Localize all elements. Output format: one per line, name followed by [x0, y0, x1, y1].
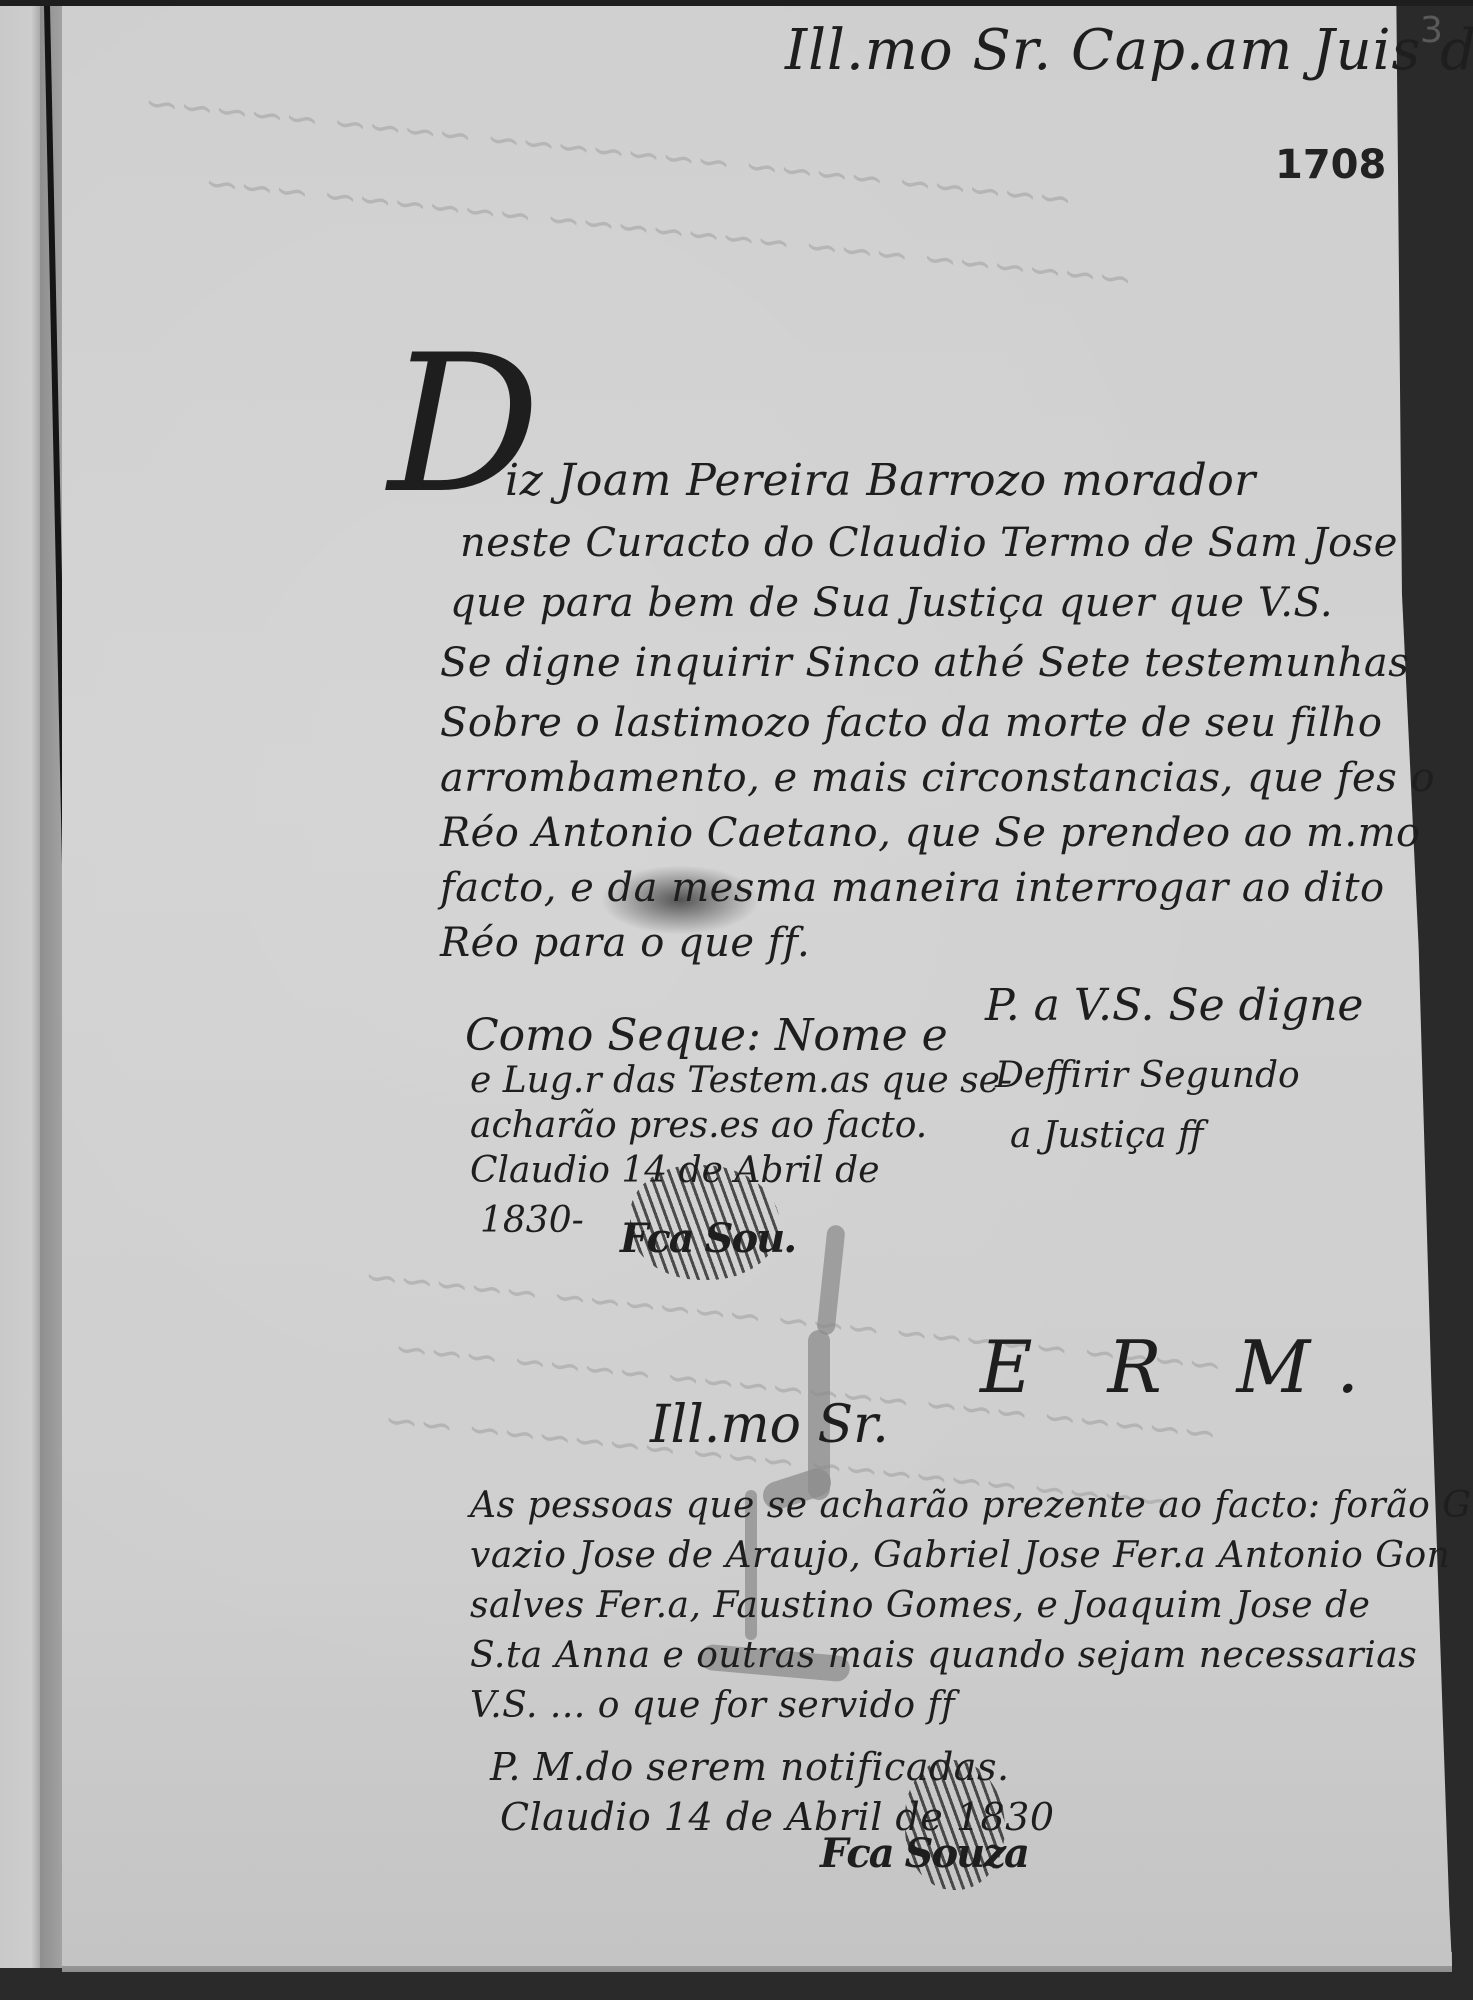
document-heading: Ill.mo Sr. Cap.am Juis de Paz: [785, 18, 1473, 83]
response-line: salves Fer.a, Faustino Gomes, e Joaquim …: [470, 1585, 1370, 1626]
manuscript-scan: ~~~~~ ~~~~ ~~~~~~~ ~~~~ ~~~~~ ~~~~~~ ~~~…: [0, 0, 1473, 2000]
petition-line: Se digne inquirir Sinco athé Sete testem…: [440, 640, 1409, 686]
petition-line: arrombamento, e mais circonstancias, que…: [440, 755, 1435, 801]
request-line: P. a V.S. Se digne: [985, 980, 1363, 1031]
signature-flourish: [905, 1760, 1005, 1890]
response-line: V.S. ... o que for servido ff: [470, 1685, 955, 1726]
petition-line: facto, e da mesma maneira interrogar ao …: [440, 865, 1385, 911]
ink-blot: [600, 865, 760, 935]
petition-line: Réo Antonio Caetano, que Se prendeo ao m…: [440, 810, 1421, 856]
petition-line: Sobre o lastimozo facto da morte de seu …: [440, 700, 1382, 746]
dispatch-line: e Lug.r das Testem.as que se-: [470, 1060, 1012, 1101]
folio-number: 3: [1420, 10, 1443, 51]
archive-number: 1708: [1275, 142, 1386, 188]
response-line: As pessoas que se acharão prezente ao fa…: [470, 1485, 1473, 1526]
signature-flourish: [630, 1165, 780, 1280]
response-line: vazio Jose de Araujo, Gabriel Jose Fer.a…: [470, 1535, 1450, 1576]
response-line: S.ta Anna e outras mais quando sejam nec…: [470, 1635, 1417, 1676]
petition-line: que para bem de Sua Justiça quer que V.S…: [450, 580, 1333, 626]
scanner-border: [0, 0, 1473, 6]
dispatch-line: acharão pres.es ao facto.: [470, 1105, 927, 1146]
petition-line: iz Joam Pereira Barrozo morador: [505, 455, 1256, 506]
dispatch-line: Como Seque: Nome e: [465, 1010, 948, 1061]
dispatch-line: 1830-: [480, 1200, 584, 1241]
response-salutation: Ill.mo Sr.: [650, 1395, 889, 1455]
request-line: a Justiça ff: [1010, 1115, 1204, 1156]
closing-formula: E R M.: [980, 1325, 1385, 1409]
petition-line: neste Curacto do Claudio Termo de Sam Jo…: [460, 520, 1398, 566]
request-line: Deffirir Segundo: [995, 1055, 1300, 1096]
